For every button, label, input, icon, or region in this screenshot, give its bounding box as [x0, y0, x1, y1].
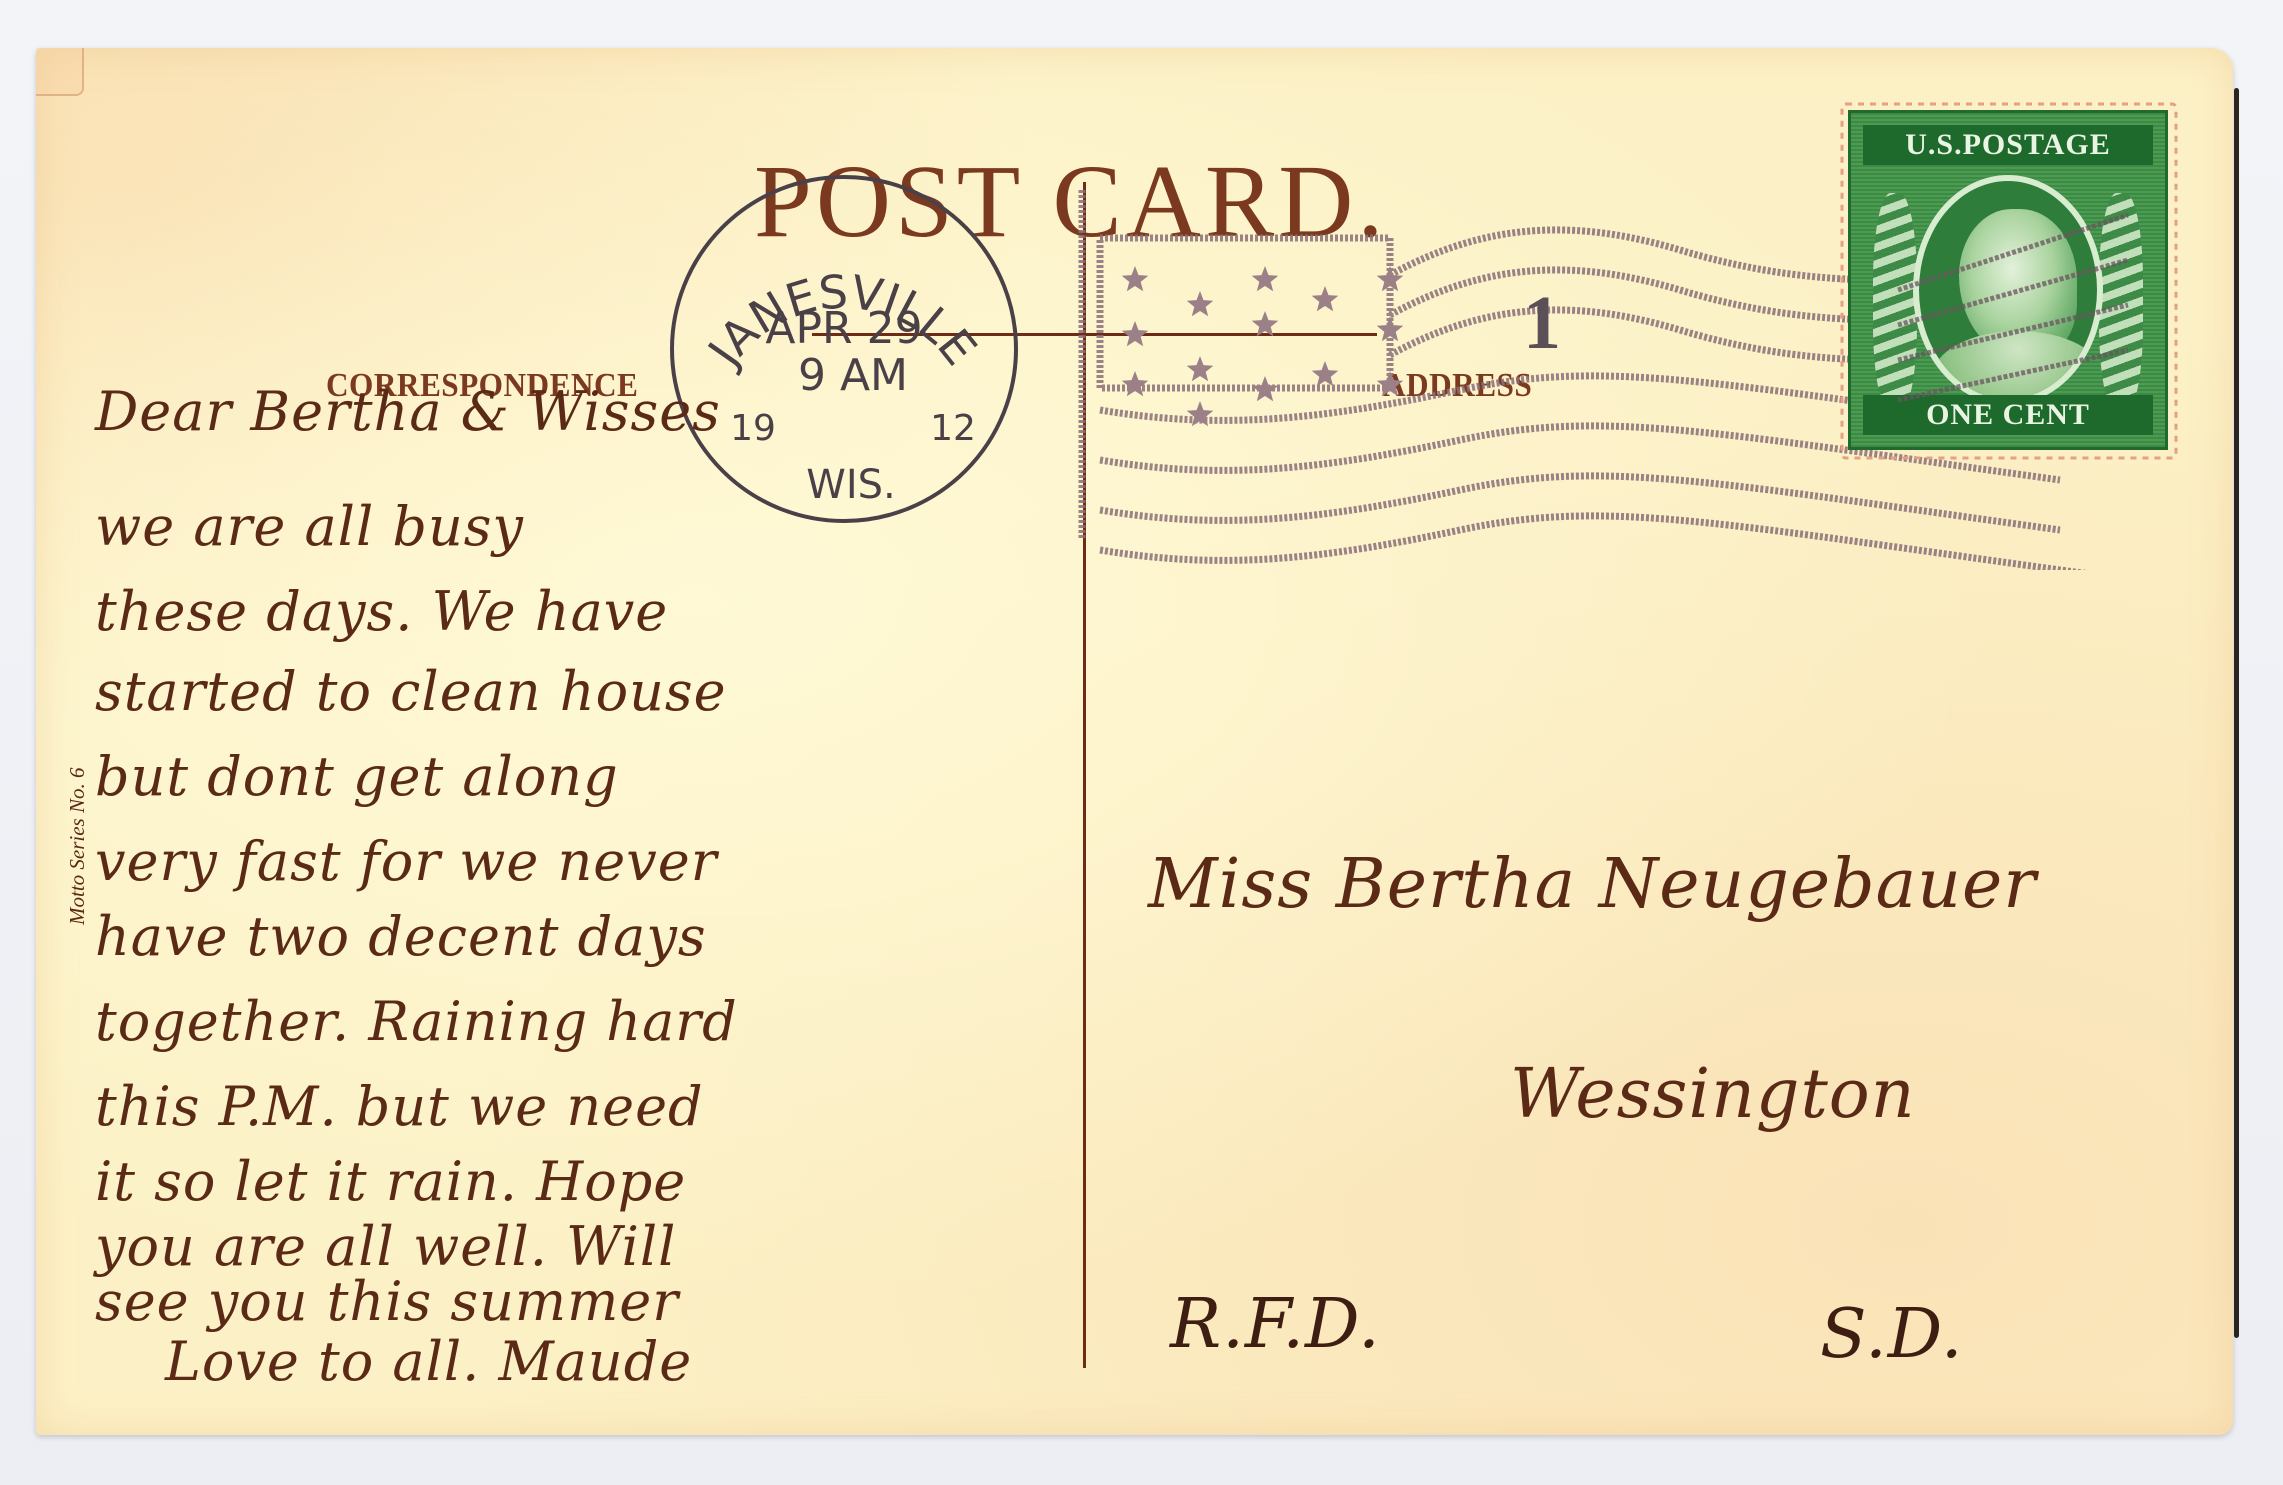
svg-text:APR 29: APR 29	[765, 303, 922, 354]
message-line: this P.M. but we need	[95, 1075, 704, 1138]
recipient-name: Miss Bertha Neugebauer	[1148, 845, 2037, 924]
message-line: you are all well. Will	[95, 1215, 676, 1278]
stamp-cancel-lines-icon	[1838, 100, 2180, 462]
svg-text:19: 19	[730, 408, 776, 449]
message-line: we are all busy	[95, 495, 524, 558]
postage-stamp: U.S.POSTAGE ONE CENT	[1838, 100, 2180, 462]
rural-route: R.F.D.	[1170, 1285, 1381, 1364]
postmark-icon: JANESVILLE APR 29 9 AM 19 12 WIS.	[663, 168, 1025, 530]
message-line: very fast for we never	[95, 830, 718, 893]
message-line: Love to all. Maude	[165, 1330, 692, 1393]
message-line: together. Raining hard	[95, 990, 738, 1053]
svg-text:12: 12	[930, 408, 976, 449]
message-line: these days. We have	[95, 580, 668, 643]
message-line: started to clean house	[95, 660, 727, 723]
message-line: it so let it rain. Hope	[95, 1150, 686, 1213]
message-line: have two decent days	[95, 905, 707, 968]
svg-text:WIS.: WIS.	[806, 462, 895, 508]
recipient-town: Wessington	[1510, 1055, 1916, 1134]
series-imprint: Motto Series No. 6	[65, 768, 90, 926]
recipient-state: S.D.	[1820, 1295, 1964, 1374]
message-line: but dont get along	[95, 745, 619, 808]
message-line: Dear Bertha & Wisses	[95, 380, 721, 443]
folded-corner	[36, 48, 84, 96]
svg-text:1: 1	[1523, 281, 1561, 365]
svg-text:9 AM: 9 AM	[798, 350, 908, 401]
message-line: see you this summer	[95, 1270, 679, 1333]
